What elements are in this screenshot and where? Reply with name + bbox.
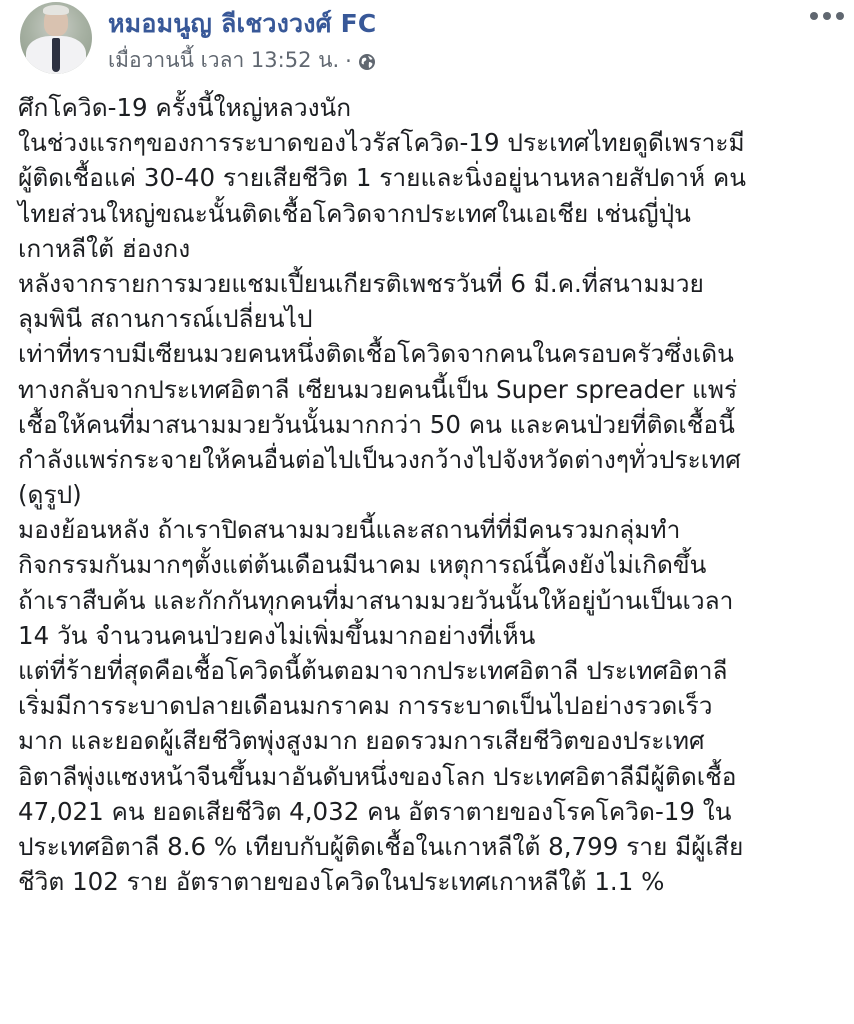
globe-icon[interactable] [358,52,376,70]
post-line: เกาหลีใต้ ฮ่องกง [18,231,848,266]
post-line: มองย้อนหลัง ถ้าเราปิดสนามมวยนี้และสถานที… [18,512,848,547]
meta-separator: · [345,49,352,73]
post-line: ประเทศอิตาลี 8.6 % เทียบกับผู้ติดเชื้อใน… [18,829,848,864]
post-line: อิตาลีพุ่งแซงหน้าจีนขึ้นมาอันดับหนึ่งของ… [18,759,848,794]
post-line: ถ้าเราสืบค้น และกักกันทุกคนที่มาสนามมวยว… [18,583,848,618]
post-line: เชื้อให้คนที่มาสนามมวยวันนั้นมากกว่า 50 … [18,407,848,442]
post-line: กำลังแพร่กระจายให้คนอื่นต่อไปเป็นวงกว้าง… [18,442,848,477]
post-header: หมอมนูญ ลีเชวงวงศ์ FC เมื่อวานนี้ เวลา 1… [0,0,854,82]
more-options-button[interactable] [810,8,844,24]
post-line: หลังจากรายการมวยแชมเปี้ยนเกียรติเพชรวันท… [18,266,848,301]
post-line: 47,021 คน ยอดเสียชีวิต 4,032 คน อัตราตาย… [18,794,848,829]
post-body-text: ศึกโควิด-19 ครั้งนี้ใหญ่หลวงนัก ในช่วงแร… [18,90,848,899]
post-line: กิจกรรมกันมากๆตั้งแต่ต้นเดือนมีนาคม เหตุ… [18,547,848,582]
avatar-hair [43,5,69,15]
post-line: เริ่มมีการระบาดปลายเดือนมกราคม การระบาดเ… [18,688,848,723]
post-line: แต่ที่ร้ายที่สุดคือเชื้อโควิดนี้ต้นตอมาจ… [18,653,848,688]
author-avatar[interactable] [20,2,92,74]
post-timestamp-link[interactable]: เมื่อวานนี้ เวลา 13:52 น. [108,44,339,77]
post-line: ไทยส่วนใหญ่ขณะนั้นติดเชื้อโควิดจากประเทศ… [18,196,848,231]
post-line: ทางกลับจากประเทศอิตาลี เซียนมวยคนนี้เป็น… [18,372,848,407]
more-options-icon [810,12,818,20]
post-line: 14 วัน จำนวนคนป่วยคงไม่เพิ่มขึ้นมากอย่าง… [18,618,848,653]
post-line: ในช่วงแรกๆของการระบาดของไวรัสโควิด-19 ปร… [18,125,848,160]
post-line: ผู้ติดเชื้อแค่ 30-40 รายเสียชีวิต 1 รายแ… [18,160,848,195]
more-options-icon [836,12,844,20]
author-name-link[interactable]: หมอมนูญ ลีเชวงวงศ์ FC [108,4,376,44]
post-line: ชีวิต 102 ราย อัตราตายของโควิดในประเทศเก… [18,864,848,899]
post-line: ศึกโควิด-19 ครั้งนี้ใหญ่หลวงนัก [18,90,848,125]
post-line: เท่าที่ทราบมีเซียนมวยคนหนึ่งติดเชื้อโควิ… [18,336,848,371]
post-meta: เมื่อวานนี้ เวลา 13:52 น. · [108,44,376,77]
avatar-tie [52,38,60,72]
post-line: มาก และยอดผู้เสียชีวิตพุ่งสูงมาก ยอดรวมก… [18,723,848,758]
more-options-icon [823,12,831,20]
post-line: (ดูรูป) [18,477,848,512]
post-line: ลุมพินี สถานการณ์เปลี่ยนไป [18,301,848,336]
